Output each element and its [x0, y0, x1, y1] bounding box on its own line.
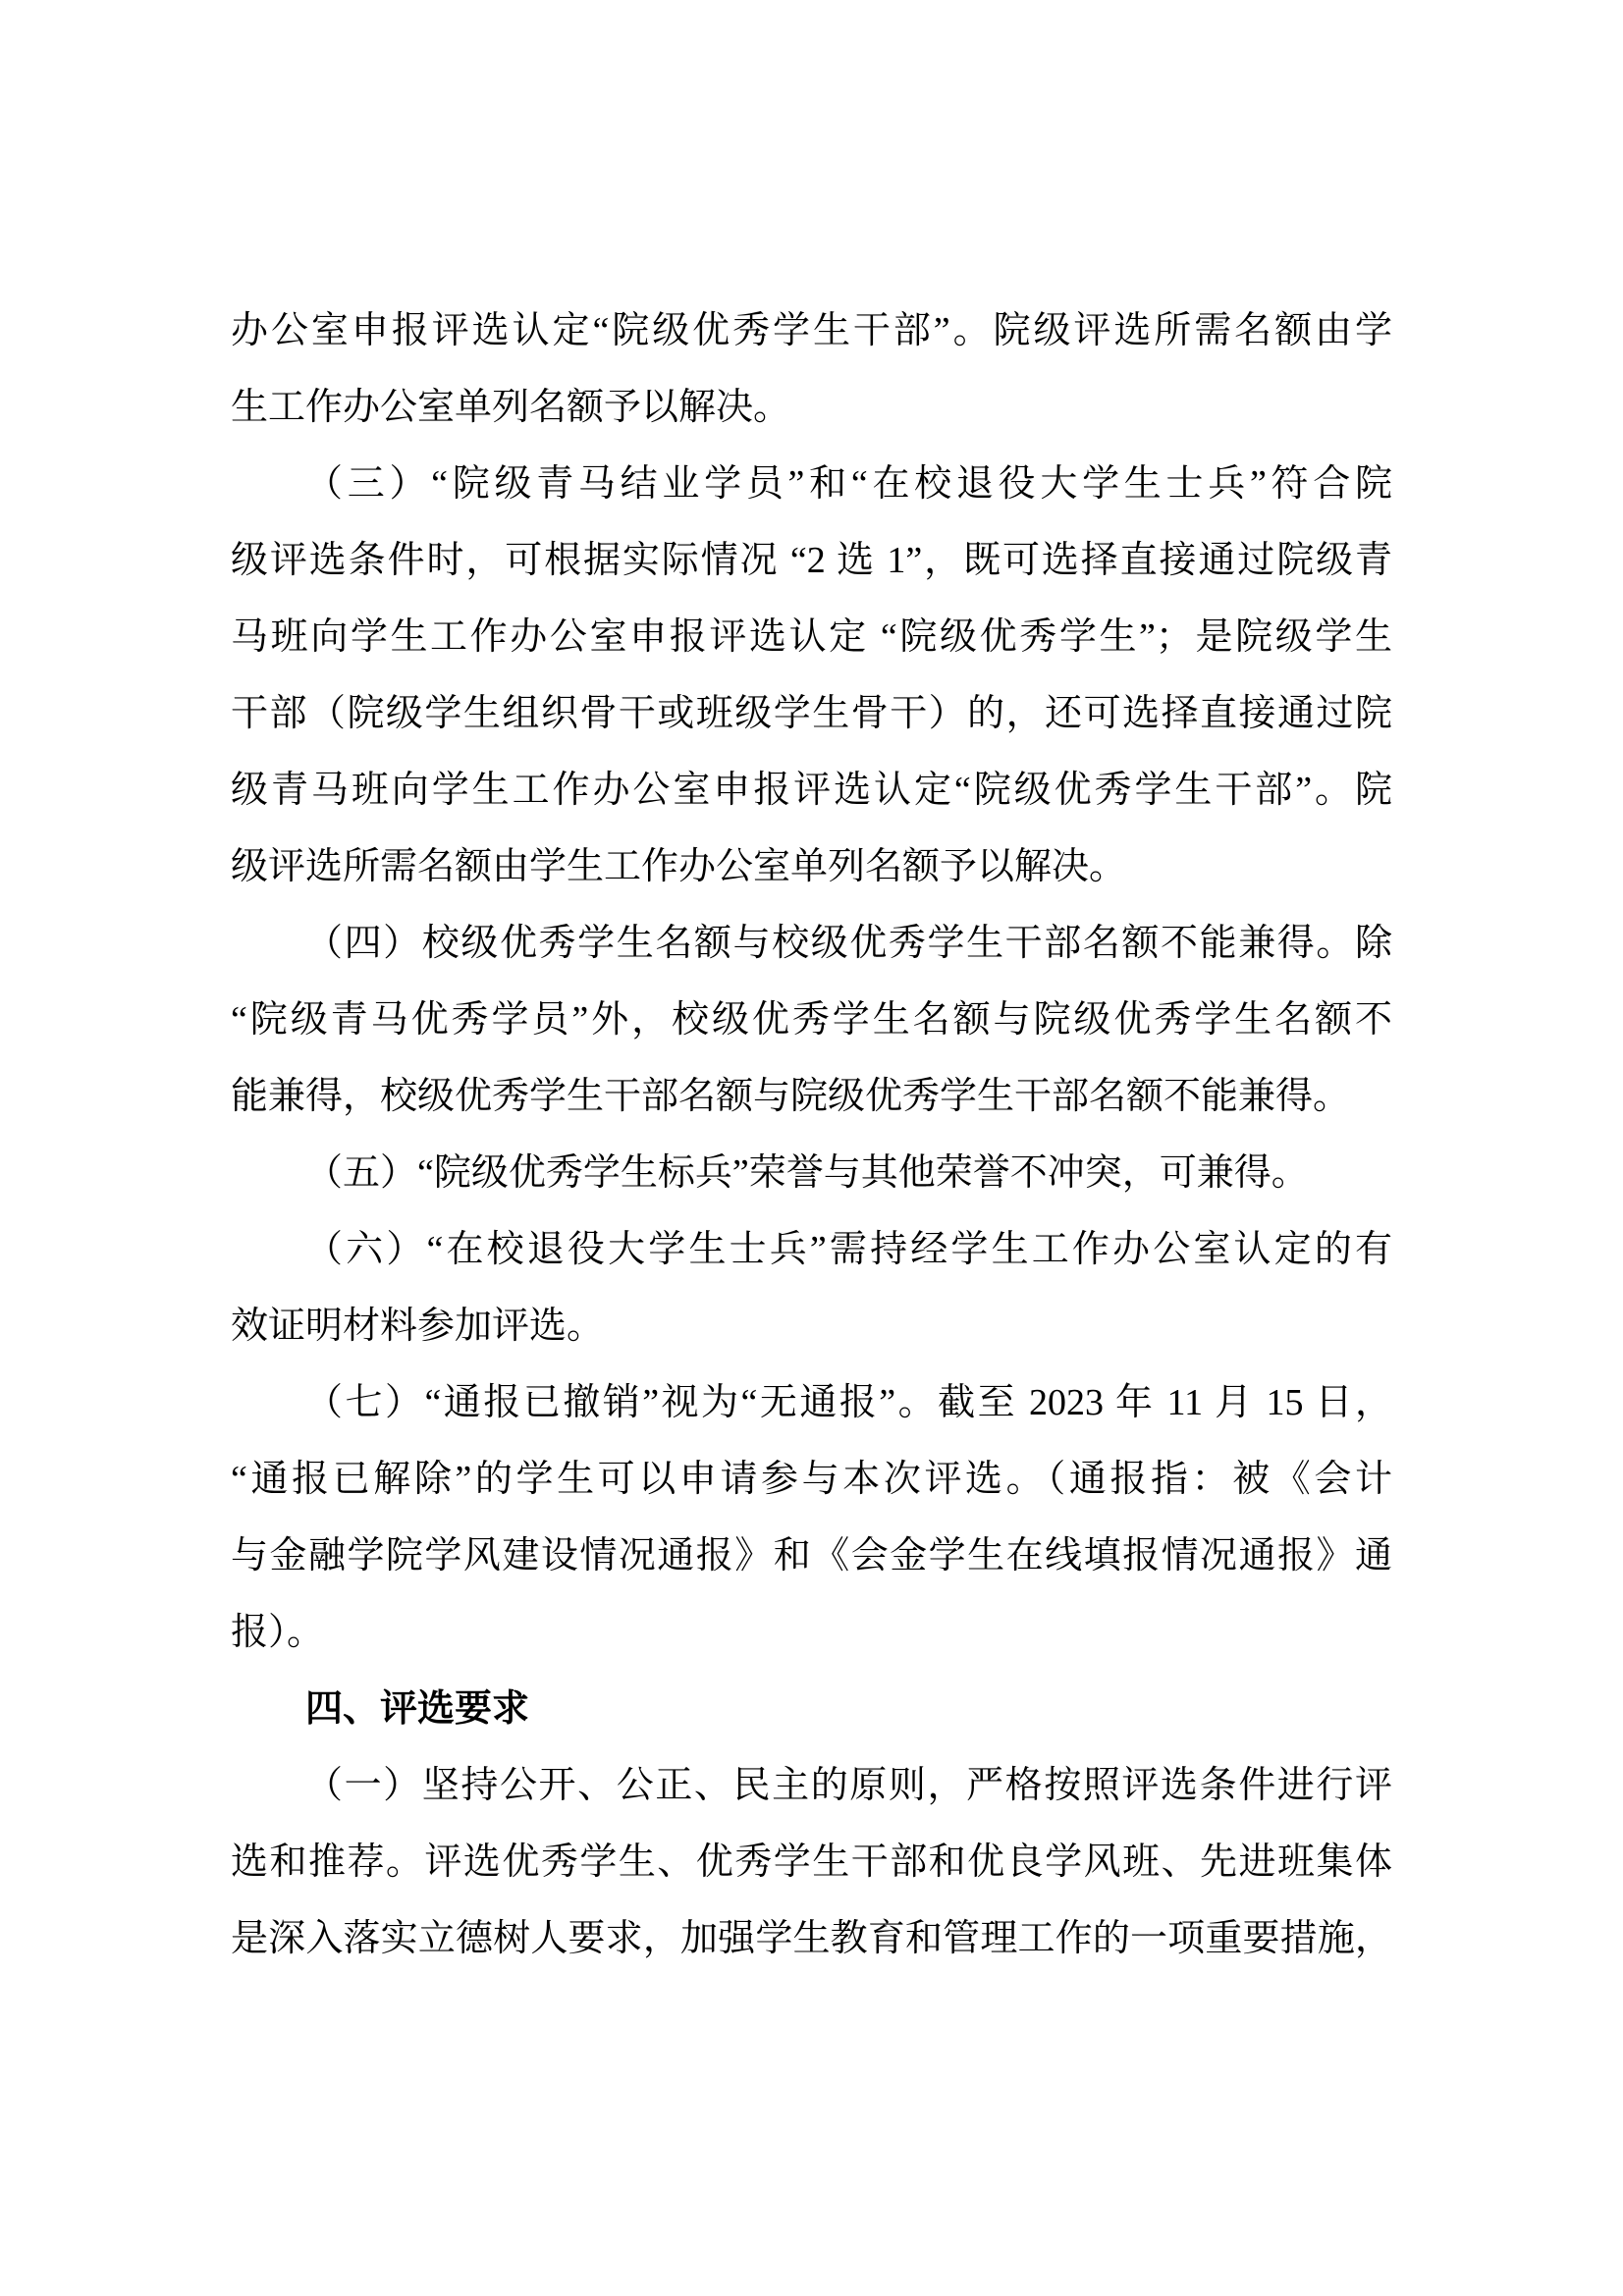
text-line: （六）“在校退役大学生士兵”需持经学生工作办公室认定的有	[231, 1211, 1392, 1288]
text-line: “院级青马优秀学员”外，校级优秀学生名额与院级优秀学生名额不	[231, 982, 1392, 1058]
text-line: 选和推荐。评选优秀学生、优秀学生干部和优良学风班、先进班集体	[231, 1824, 1392, 1900]
text-line: （一）坚持公开、公正、民主的原则，严格按照评选条件进行评	[231, 1747, 1392, 1824]
text-line: （七）“通报已撤销”视为“无通报”。截至 2023 年 11 月 15 日，	[231, 1364, 1392, 1441]
text-line: 与金融学院学风建设情况通报》和《会金学生在线填报情况通报》通	[231, 1518, 1392, 1594]
text-line: “通报已解除”的学生可以申请参与本次评选。（通报指：被《会计	[231, 1441, 1392, 1518]
text-line: 报）。	[231, 1594, 1392, 1671]
section-heading: 四、评选要求	[231, 1671, 1392, 1747]
text-line: （三）“院级青马结业学员”和“在校退役大学生士兵”符合院	[231, 446, 1392, 522]
text-line: 能兼得，校级优秀学生干部名额与院级优秀学生干部名额不能兼得。	[231, 1058, 1392, 1135]
document-page: 办公室申报评选认定“院级优秀学生干部”。院级评选所需名额由学生工作办公室单列名额…	[0, 0, 1623, 2296]
text-line: 办公室申报评选认定“院级优秀学生干部”。院级评选所需名额由学	[231, 293, 1392, 369]
text-line: 干部（院级学生组织骨干或班级学生骨干）的，还可选择直接通过院	[231, 675, 1392, 752]
text-line: （五）“院级优秀学生标兵”荣誉与其他荣誉不冲突，可兼得。	[231, 1135, 1392, 1211]
text-line: （四）校级优秀学生名额与校级优秀学生干部名额不能兼得。除	[231, 905, 1392, 982]
text-line: 效证明材料参加评选。	[231, 1288, 1392, 1364]
text-line: 是深入落实立德树人要求，加强学生教育和管理工作的一项重要措施，	[231, 1900, 1392, 1977]
text-line: 马班向学生工作办公室申报评选认定 “院级优秀学生”；是院级学生	[231, 599, 1392, 675]
document-body: 办公室申报评选认定“院级优秀学生干部”。院级评选所需名额由学生工作办公室单列名额…	[231, 293, 1392, 1977]
text-line: 级评选所需名额由学生工作办公室单列名额予以解决。	[231, 828, 1392, 905]
text-line: 级青马班向学生工作办公室申报评选认定“院级优秀学生干部”。院	[231, 752, 1392, 828]
text-line: 级评选条件时，可根据实际情况 “2 选 1”，既可选择直接通过院级青	[231, 522, 1392, 599]
text-line: 生工作办公室单列名额予以解决。	[231, 369, 1392, 446]
